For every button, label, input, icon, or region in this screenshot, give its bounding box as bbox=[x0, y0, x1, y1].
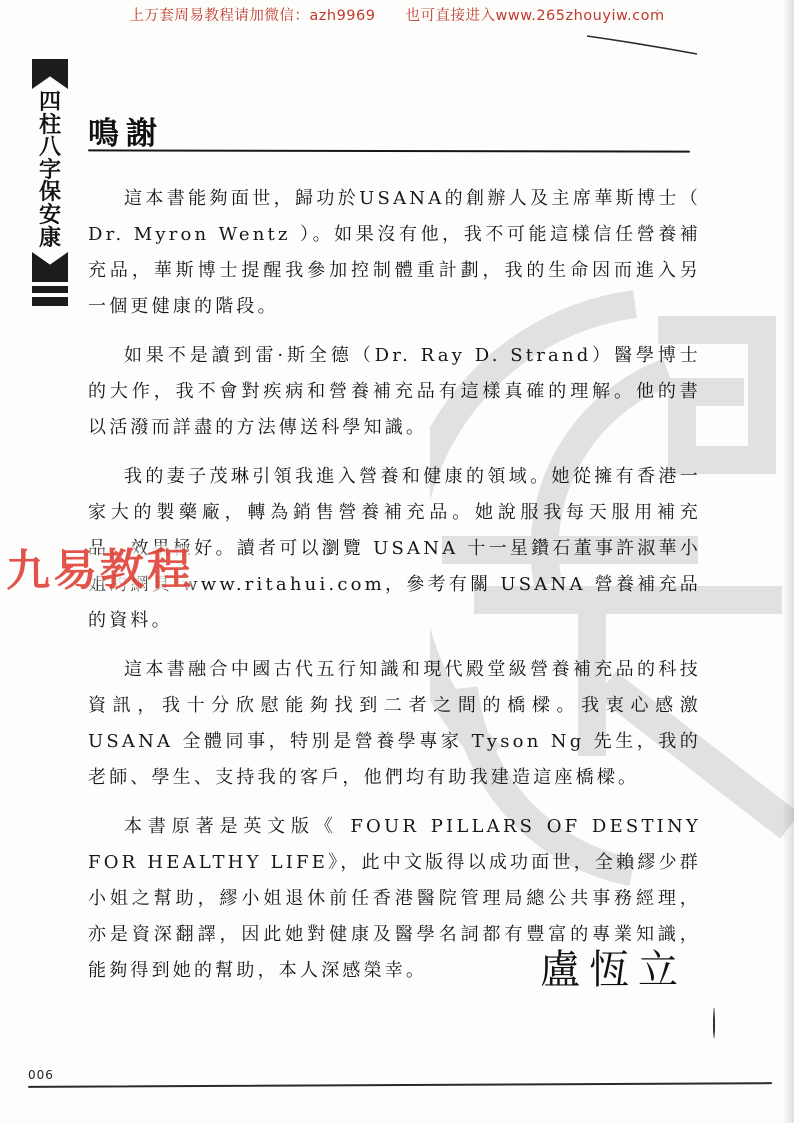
scan-speck: · bbox=[656, 6, 659, 17]
paragraph-1: 這本書能夠面世，歸功於USANA的創辦人及主席華斯博士（ Dr. Myron W… bbox=[88, 181, 701, 325]
page-edge-shadow bbox=[782, 0, 794, 1123]
title-underline bbox=[88, 149, 690, 152]
scan-artifact-dash bbox=[713, 1008, 715, 1038]
page-number: 006 bbox=[28, 1068, 54, 1082]
book-series-vertical-title: 四柱八字保安康 bbox=[36, 91, 64, 249]
sidebar-ribbon-top bbox=[32, 59, 68, 89]
sidebar-bar bbox=[32, 286, 68, 293]
paragraph-4: 這本書融合中國古代五行知識和現代殿堂級營養補充品的科技資訊，我十分欣慰能夠找到二… bbox=[88, 652, 701, 796]
red-watermark-text: 九易教程 bbox=[6, 533, 195, 599]
author-signature: 盧恆立 bbox=[540, 938, 687, 995]
promo-banner-text: 上万套周易教程请加微信：azh9969 也可直接进入www.265zhouyiw… bbox=[0, 4, 794, 25]
chapter-title: 鳴謝 bbox=[88, 108, 164, 153]
sidebar-ribbon-bottom bbox=[32, 252, 68, 282]
footer-rule bbox=[28, 1082, 772, 1088]
sidebar-bar bbox=[32, 297, 68, 306]
scan-crease-mark bbox=[585, 30, 705, 56]
paragraph-2: 如果不是讀到雷·斯全德（Dr. Ray D. Strand）醫學博士的大作，我不… bbox=[88, 338, 701, 446]
